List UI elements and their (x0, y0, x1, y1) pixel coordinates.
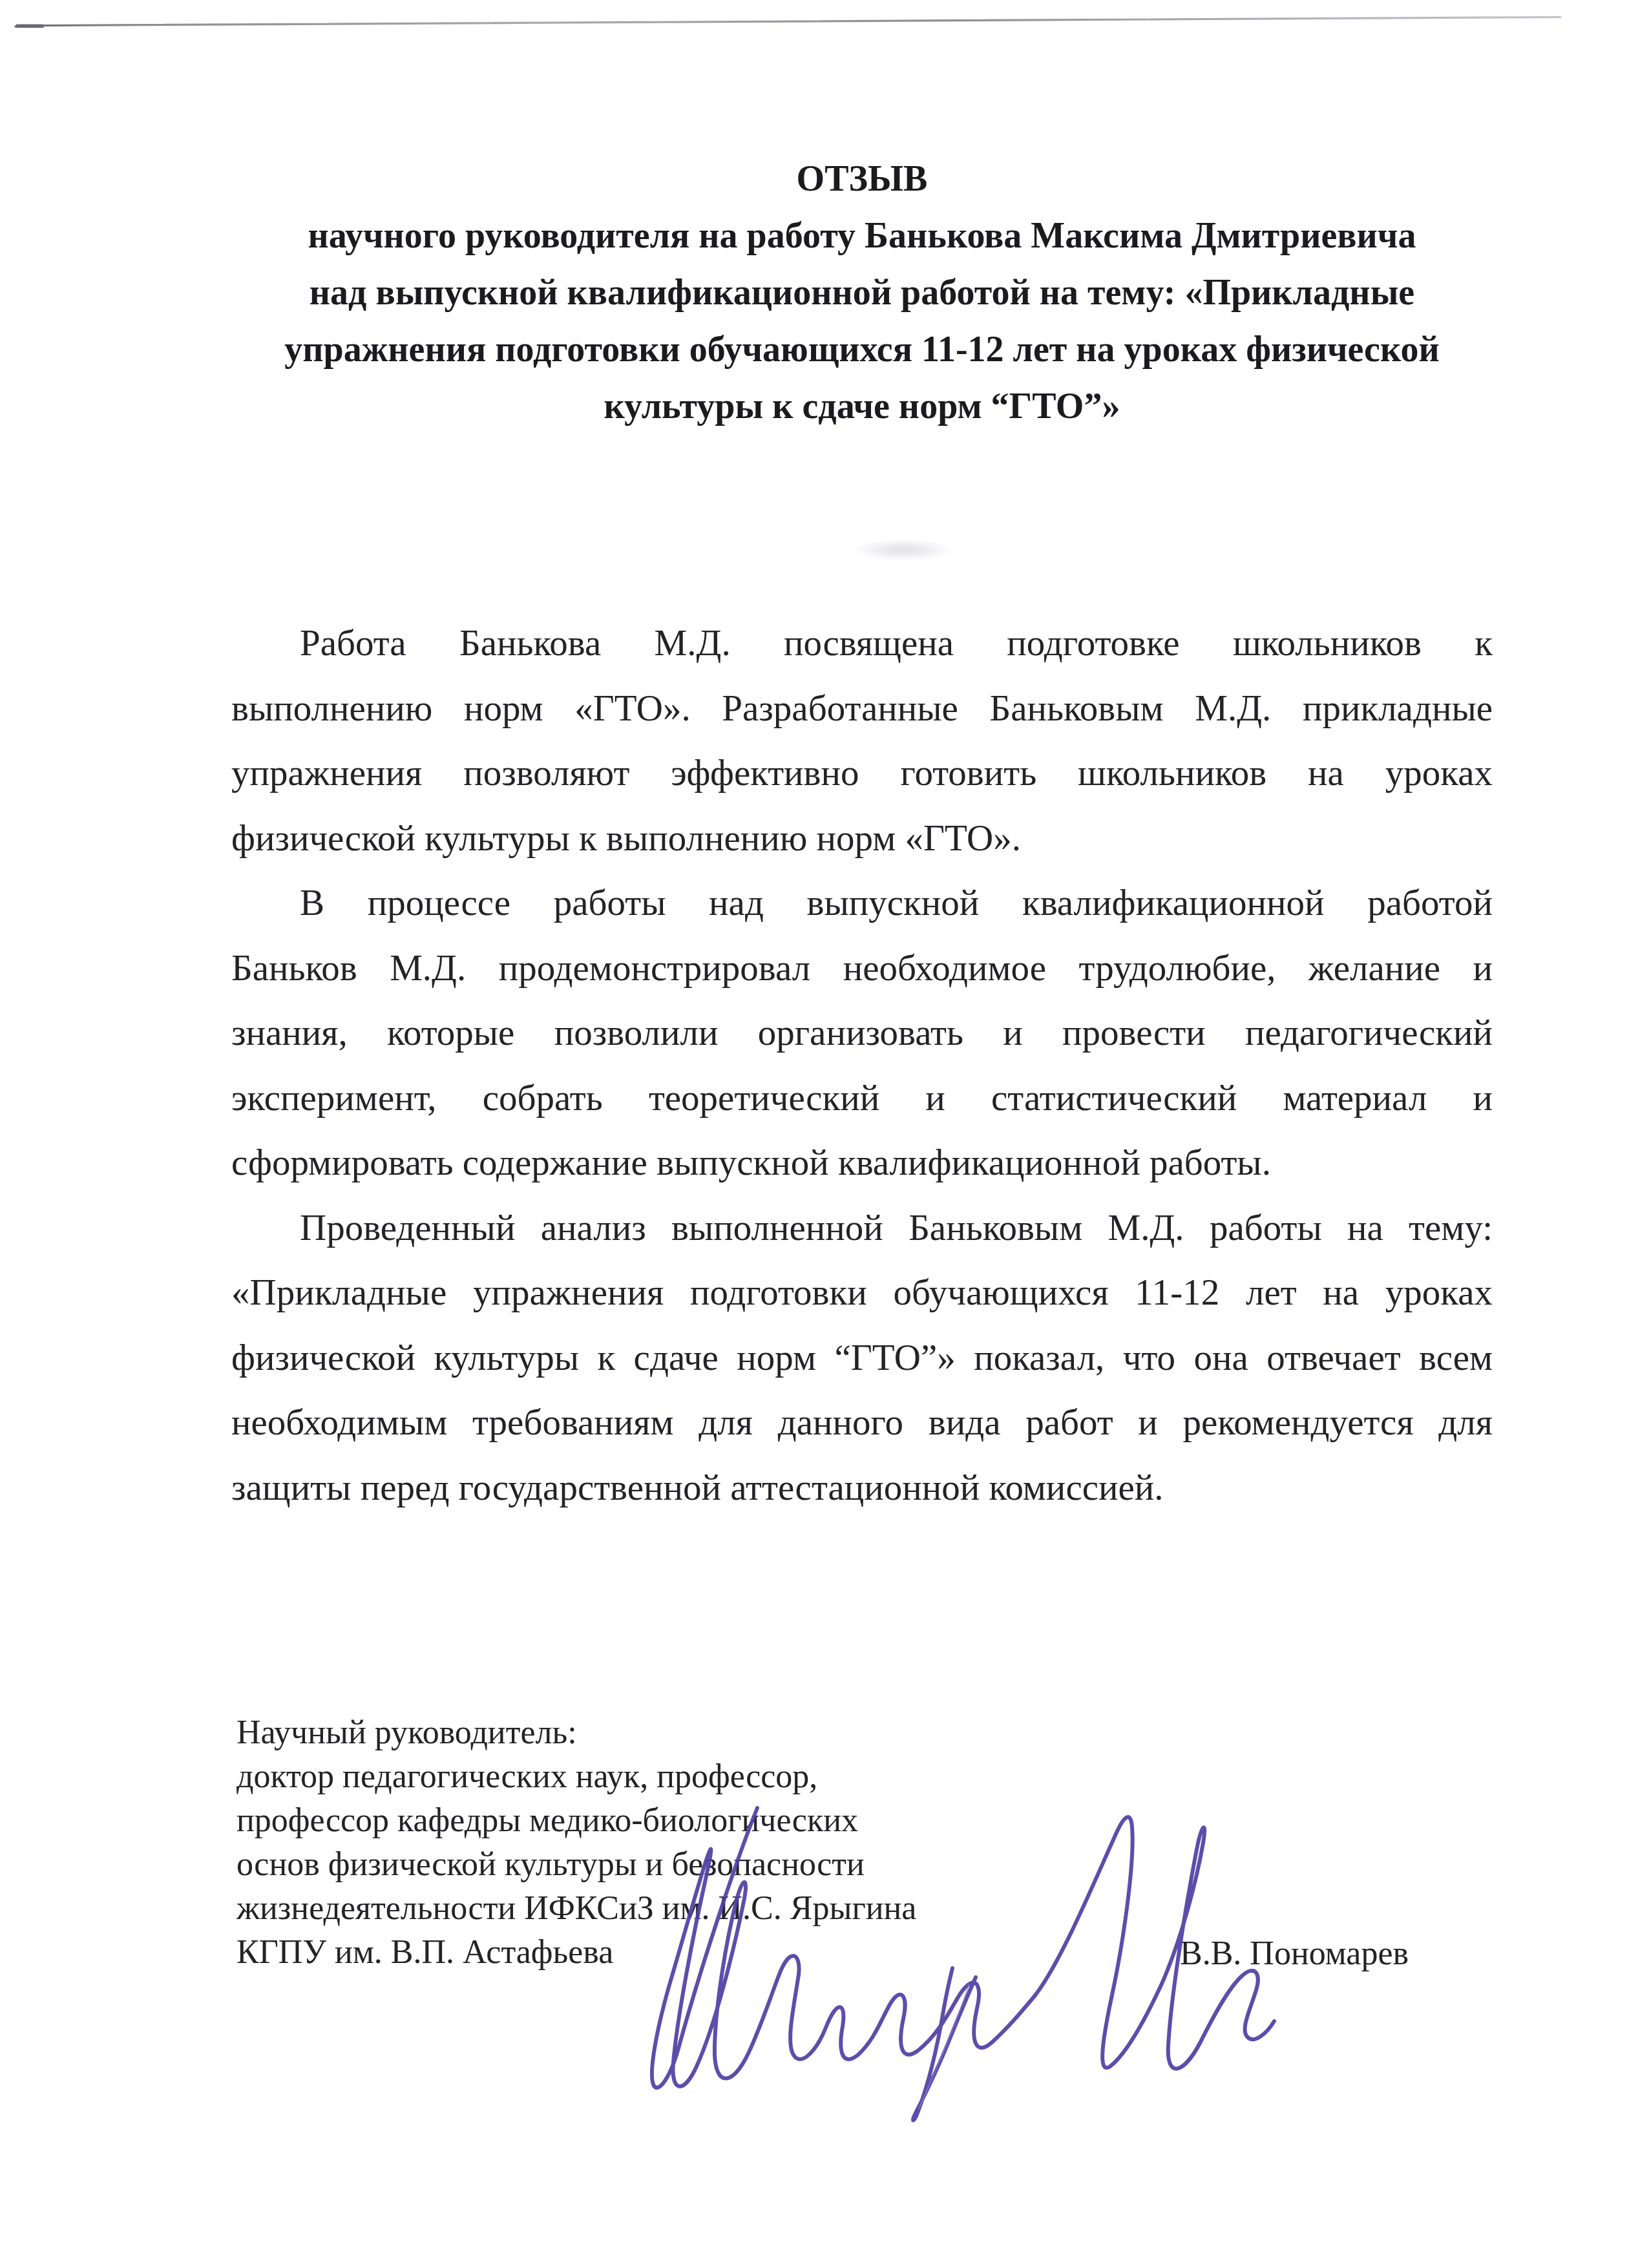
title-line: культуры к сдаче норм “ГТО”» (231, 378, 1493, 435)
document-body: Работа Банькова М.Д. посвящена подготовк… (231, 611, 1493, 1520)
scanned-document-page: ОТЗЫВнаучного руководителя на работу Бан… (0, 0, 1649, 2268)
body-line: физической культуры к сдаче норм “ГТО”» … (231, 1326, 1493, 1391)
handwritten-signature-ink (582, 1770, 1357, 2145)
body-line: физической культуры к выполнению норм «Г… (231, 806, 1493, 872)
scan-artifact-line (0, 0, 1649, 45)
title-line: ОТЗЫВ (231, 151, 1493, 207)
body-line: «Прикладные упражнения подготовки обучаю… (231, 1261, 1493, 1326)
body-line: Баньков М.Д. продемонстрировал необходим… (231, 936, 1493, 1002)
title-line: над выпускной квалификационной работой н… (231, 264, 1493, 321)
body-line: необходимым требованиям для данного вида… (231, 1391, 1493, 1456)
document-title: ОТЗЫВнаучного руководителя на работу Бан… (231, 151, 1493, 435)
body-line: эксперимент, собрать теоретический и ста… (231, 1066, 1493, 1131)
body-line: защиты перед государственной аттестацион… (231, 1456, 1493, 1521)
body-line: выполнению норм «ГТО». Разработанные Бан… (231, 677, 1493, 742)
title-line: упражнения подготовки обучающихся 11-12 … (231, 321, 1493, 378)
title-line: научного руководителя на работу Банькова… (231, 207, 1493, 264)
body-line: Проведенный анализ выполненной Баньковым… (231, 1196, 1493, 1261)
body-line: сформировать содержание выпускной квалиф… (231, 1131, 1493, 1196)
scan-smudge-artifact (852, 539, 955, 561)
signature-block-line: Научный руководитель: (236, 1711, 1245, 1755)
body-line: упражнения позволяют эффективно готовить… (231, 741, 1493, 806)
body-line: В процессе работы над выпускной квалифик… (231, 871, 1493, 936)
body-line: Работа Банькова М.Д. посвящена подготовк… (231, 611, 1493, 677)
body-line: знания, которые позволили организовать и… (231, 1001, 1493, 1066)
